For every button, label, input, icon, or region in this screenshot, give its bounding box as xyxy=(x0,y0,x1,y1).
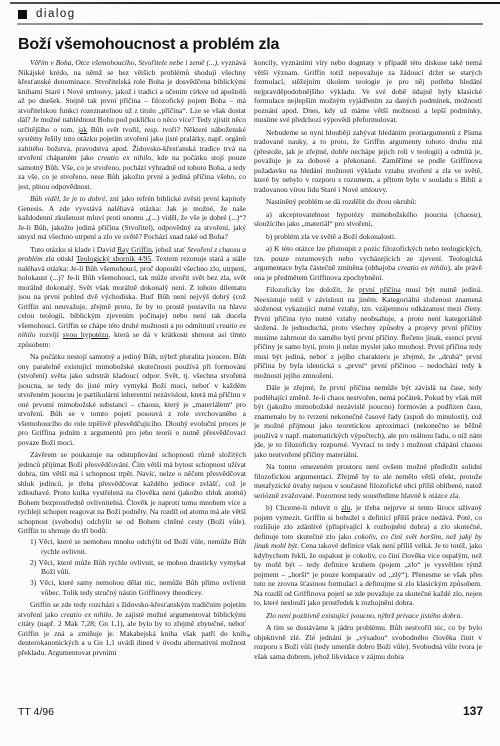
paragraph: 1) Věci, které se nemohou mnoho odchýlit… xyxy=(18,537,246,556)
paragraph: b) Chceme-li mluvit o zlu, je třeba nejp… xyxy=(254,503,482,608)
page-number: 137 xyxy=(463,704,483,718)
scanned-journal-page: dialog Boží všemohoucnost a problém zla … xyxy=(0,0,500,746)
black-square-icon xyxy=(18,10,27,19)
paragraph: Na počátku nestojí samotný a jediný Bůh,… xyxy=(18,352,246,447)
paragraph: A tím se dostáváme k jádru problému. Bůh… xyxy=(254,623,482,661)
paragraph: Tuto otázku si klade i David Ray Griffin… xyxy=(18,245,246,350)
paragraph: Filozoficky lze doložit, že první příčin… xyxy=(254,285,482,380)
ink-speck xyxy=(247,634,250,637)
paragraph: Dále je zřejmé, že první příčina nemůže … xyxy=(254,383,482,459)
paragraph: a) K této otázce lze přistoupit z pozic … xyxy=(254,244,482,282)
header-rule xyxy=(17,23,483,25)
journal-issue-label: TT 4/96 xyxy=(18,706,54,718)
list-marker: 3) xyxy=(30,578,39,587)
scan-edge-line xyxy=(10,2,500,4)
paragraph: Na tomto omezeném prostoru není ovšem mo… xyxy=(254,462,482,500)
paragraph: Bůh viděl, že je to dobré, zní jako refr… xyxy=(18,194,246,242)
list-marker: 1) xyxy=(30,537,39,546)
paragraph: Závěrem se poukazuje na odstupňování sch… xyxy=(18,450,246,536)
paragraph: Zlo není pozitivně existující jsoucno, n… xyxy=(254,611,482,621)
paragraph: Griffin se zde tedy rozchází s židovsko-… xyxy=(18,600,246,657)
article-title: Boží všemohoucnost a problém zla xyxy=(18,36,279,54)
paragraph: Nastíněný problém se dá rozdělit do dvou… xyxy=(254,197,482,207)
paragraph: Nebudeme se nyní hlouběji zabývat hledán… xyxy=(254,128,482,195)
left-column: Věřím v Boha, Otce všemohoucího, Stvořit… xyxy=(18,58,246,706)
paragraph: 2) Věci, které může Bůh rychle ovlivnit,… xyxy=(18,558,246,577)
section-label: dialog xyxy=(36,8,76,20)
paragraph: a) akceptovatelnost hypotézy mimobožskéh… xyxy=(254,210,482,229)
paragraph: b) problém zla ve světě a Boží dokonalos… xyxy=(254,232,482,242)
paragraph: Věřím v Boha, Otce všemohoucího, Stvořit… xyxy=(18,58,246,191)
paragraph: 3) Věci, které samy nemohou dělat nic, n… xyxy=(18,578,246,597)
section-header: dialog xyxy=(18,8,76,20)
paragraph: koncily, vyznáními víry nebo dogmaty v p… xyxy=(254,58,482,125)
list-marker: 2) xyxy=(30,558,39,567)
article-body: Věřím v Boha, Otce všemohoucího, Stvořit… xyxy=(18,58,482,706)
right-column: koncily, vyznáními víry nebo dogmaty v p… xyxy=(254,58,482,706)
